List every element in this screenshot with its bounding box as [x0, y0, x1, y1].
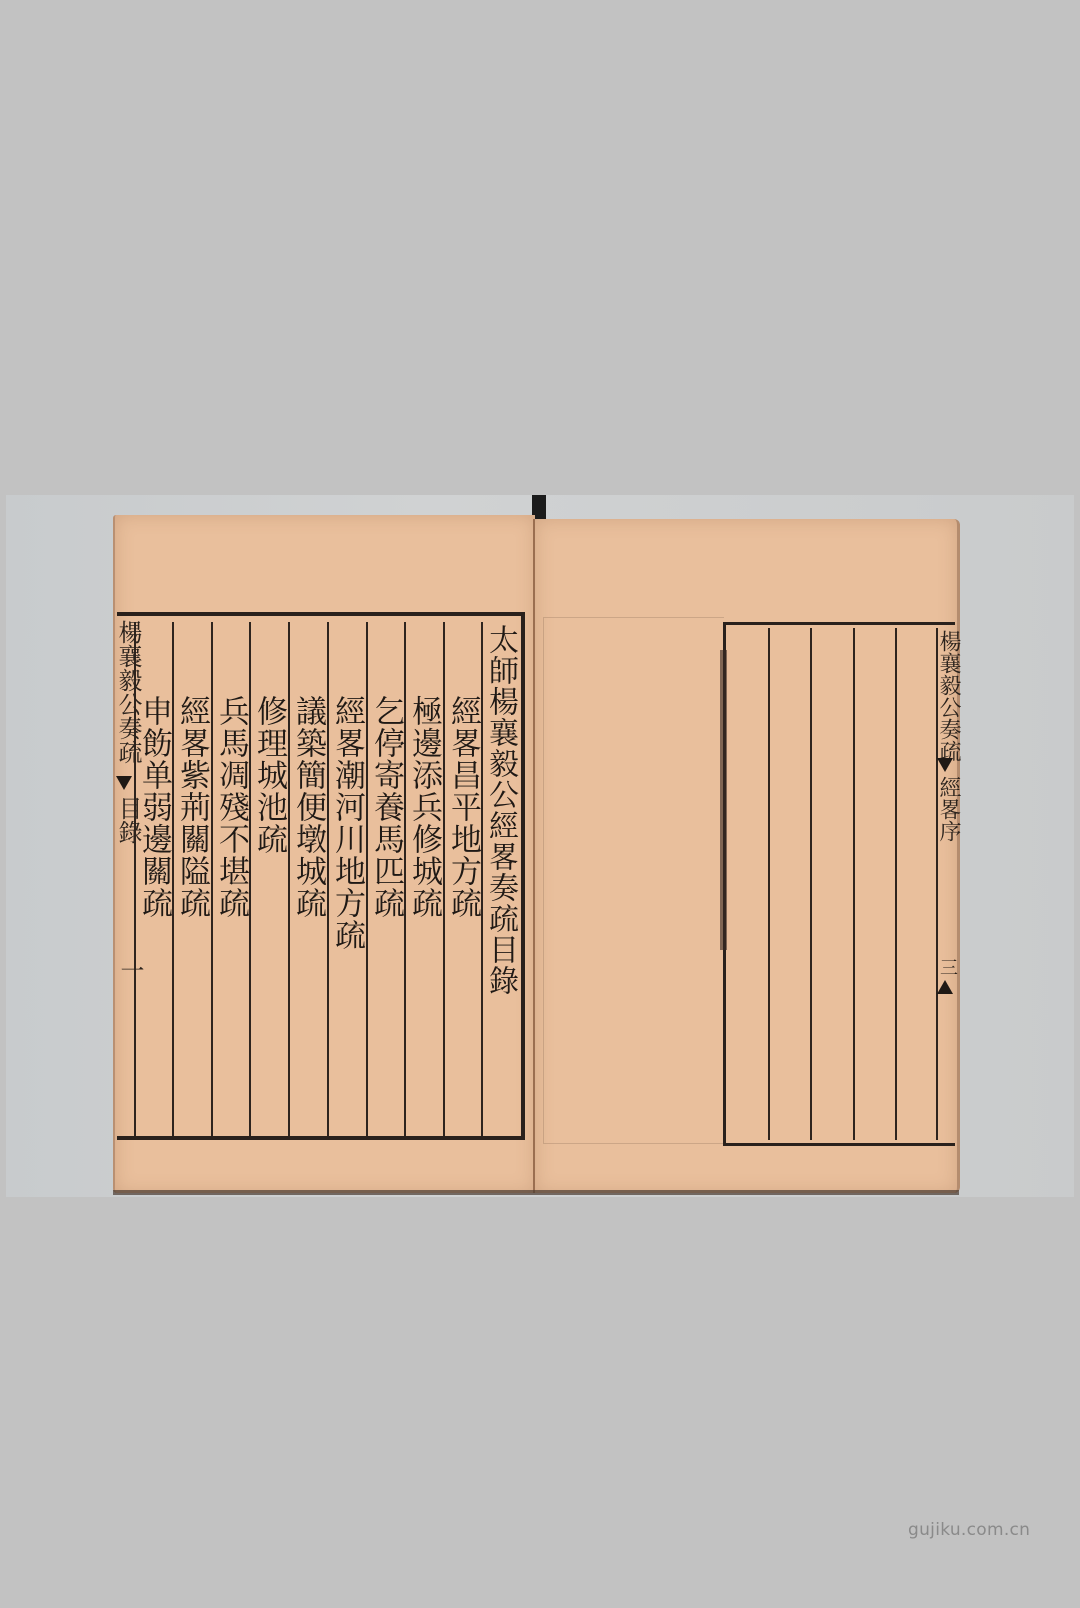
toc-entry: 兵馬凋殘不堪疏 [215, 695, 246, 919]
page-edge-shadow [113, 1190, 959, 1195]
column-rule [768, 628, 770, 1140]
fishtail-mark [116, 776, 132, 790]
toc-entry: 經畧潮河川地方疏 [331, 695, 362, 951]
column-rule [895, 628, 897, 1140]
toc-title: 太師楊襄毅公經畧奏疏目錄 [485, 624, 515, 996]
toc-entry: 極邊添兵修城疏 [408, 695, 439, 919]
margin-page-number: 一 [118, 958, 142, 982]
toc-entry: 申飭单弱邊關疏 [138, 695, 169, 919]
column-rule [853, 628, 855, 1140]
book-gutter [533, 519, 535, 1193]
toc-entry: 經畧紫荊關隘疏 [176, 695, 207, 919]
watermark: gujiku.com.cn [908, 1520, 1030, 1540]
margin-title: 楊襄毅公奏疏 [937, 630, 959, 762]
column-rule [810, 628, 812, 1140]
bleed-through-frame [543, 617, 724, 1144]
right-page-print-frame [723, 622, 955, 1146]
fishtail-mark [937, 980, 953, 994]
ink-smudge-edge [720, 650, 727, 950]
toc-entry: 修理城池疏 [253, 695, 284, 855]
fishtail-mark [937, 758, 953, 772]
toc-entry: 議築簡便墩城疏 [292, 695, 323, 919]
toc-entry: 經畧昌平地方疏 [447, 695, 478, 919]
margin-page-number: 三 [938, 958, 956, 976]
toc-entry: 乞停寄養馬匹疏 [370, 695, 401, 919]
margin-section: 經畧序 [937, 776, 959, 842]
